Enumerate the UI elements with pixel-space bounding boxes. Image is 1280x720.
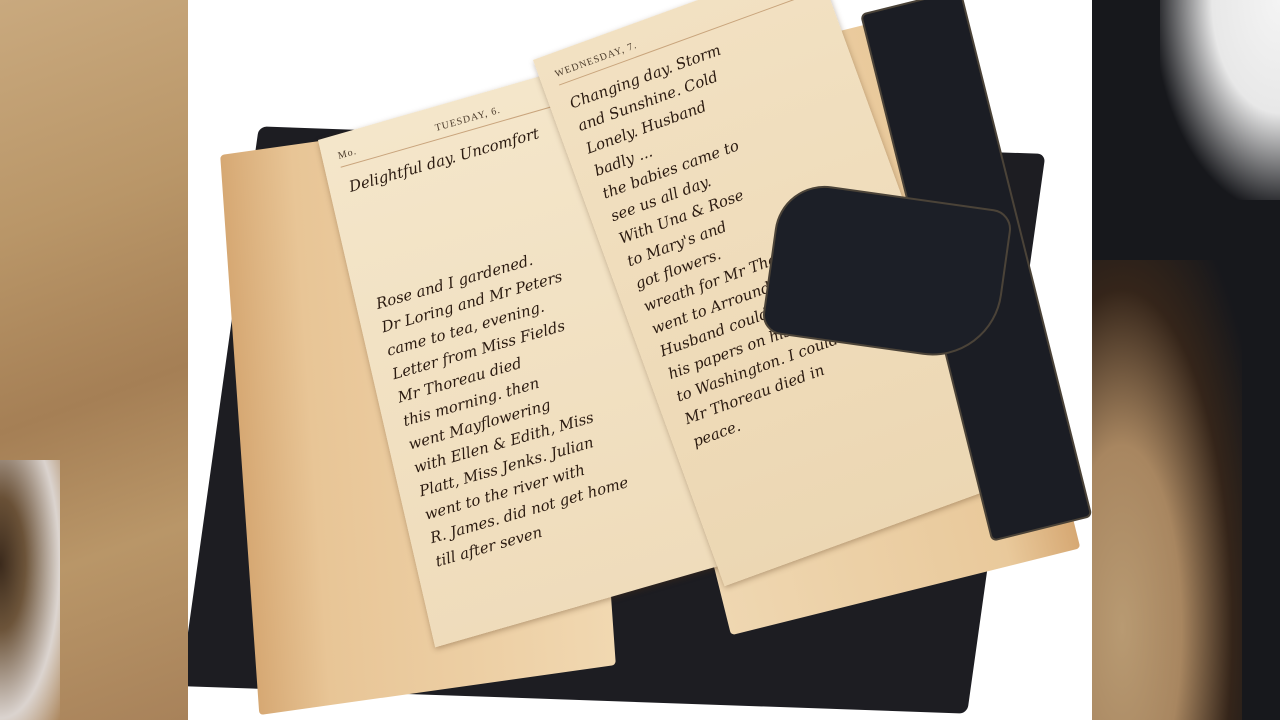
blurred-background-right bbox=[1092, 0, 1280, 720]
page-weekday: TUESDAY, 6. bbox=[434, 104, 502, 133]
leather-clasp-tab bbox=[760, 179, 1013, 364]
blurred-background-left bbox=[0, 0, 188, 720]
page-prefix: Mo. bbox=[337, 145, 358, 161]
diary-photo: Mo. TUESDAY, 6. 1862. Delightful day. Un… bbox=[188, 0, 1092, 720]
